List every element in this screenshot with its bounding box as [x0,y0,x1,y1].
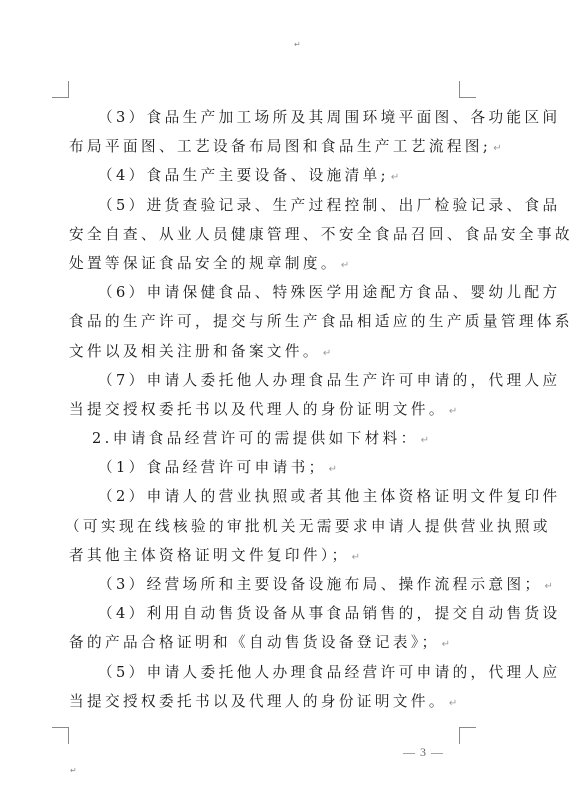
footer-paragraph-mark: ↵ [70,766,77,775]
paragraph-line: 食品的生产许可，提交与所生产食品相适应的生产质量管理体系 [69,307,460,336]
crop-mark-bottom-left [52,727,69,744]
paragraph-line: （5）进货查验记录、生产过程控制、出厂检验记录、食品 [69,191,460,220]
page-number: — 3 — [403,745,444,760]
return-mark-icon: ↵ [341,260,349,271]
return-mark-icon: ↵ [449,406,457,417]
paragraph-line: （5）申请人委托他人办理食品经营许可申请的，代理人应 [69,658,460,687]
crop-mark-bottom-right [459,727,476,744]
return-mark-icon: ↵ [329,464,337,475]
paragraph-line: 者其他主体资格证明文件复印件）；↵ [69,541,460,570]
paragraph-line: （1）食品经营许可申请书；↵ [69,453,460,482]
crop-mark-top-left [52,81,69,98]
document-page: ↵ （3）食品生产加工场所及其周围环境平面图、各功能区间 布局平面图、工艺设备布… [0,0,584,810]
paragraph-line: 安全自查、从业人员健康管理、不安全食品召回、食品安全事故 [69,220,460,249]
return-mark-icon: ↵ [323,348,331,359]
return-mark-icon: ↵ [442,639,450,650]
paragraph-line: （4）食品生产主要设备、设施清单;↵ [69,161,460,190]
paragraph-line: （7）申请人委托他人办理食品生产许可申请的，代理人应 [69,366,460,395]
paragraph-line: 布局平面图、工艺设备布局图和食品生产工艺流程图;↵ [69,132,460,161]
paragraph-line: 当提交授权委托书以及代理人的身份证明文件。↵ [69,687,460,716]
paragraph-line: （3）食品生产加工场所及其周围环境平面图、各功能区间 [69,103,460,132]
header-paragraph-mark: ↵ [294,40,301,49]
paragraph-line: （3）经营场所和主要设备设施布局、操作流程示意图；↵ [69,570,460,599]
paragraph-line: 处置等保证食品安全的规章制度。↵ [69,249,460,278]
crop-mark-top-right [459,81,476,98]
document-body[interactable]: （3）食品生产加工场所及其周围环境平面图、各功能区间 布局平面图、工艺设备布局图… [69,103,460,716]
paragraph-line: （4）利用自动售货设备从事食品销售的，提交自动售货设 [69,599,460,628]
return-mark-icon: ↵ [493,143,501,154]
paragraph-line: 文件以及相关注册和备案文件。↵ [69,337,460,366]
section-heading: 2.申请食品经营许可的需提供如下材料：↵ [69,424,460,453]
paragraph-line: 当提交授权委托书以及代理人的身份证明文件。↵ [69,395,460,424]
return-mark-icon: ↵ [421,435,429,446]
paragraph-line: （可实现在线核验的审批机关无需要求申请人提供营业执照或 [65,512,460,541]
return-mark-icon: ↵ [449,698,457,709]
paragraph-line: （6）申请保健食品、特殊医学用途配方食品、婴幼儿配方 [69,278,460,307]
paragraph-line: （2）申请人的营业执照或者其他主体资格证明文件复印件 [69,482,460,511]
paragraph-line: 备的产品合格证明和《自动售货设备登记表》；↵ [69,628,460,657]
return-mark-icon: ↵ [545,581,553,592]
return-mark-icon: ↵ [352,552,360,563]
return-mark-icon: ↵ [391,172,399,183]
